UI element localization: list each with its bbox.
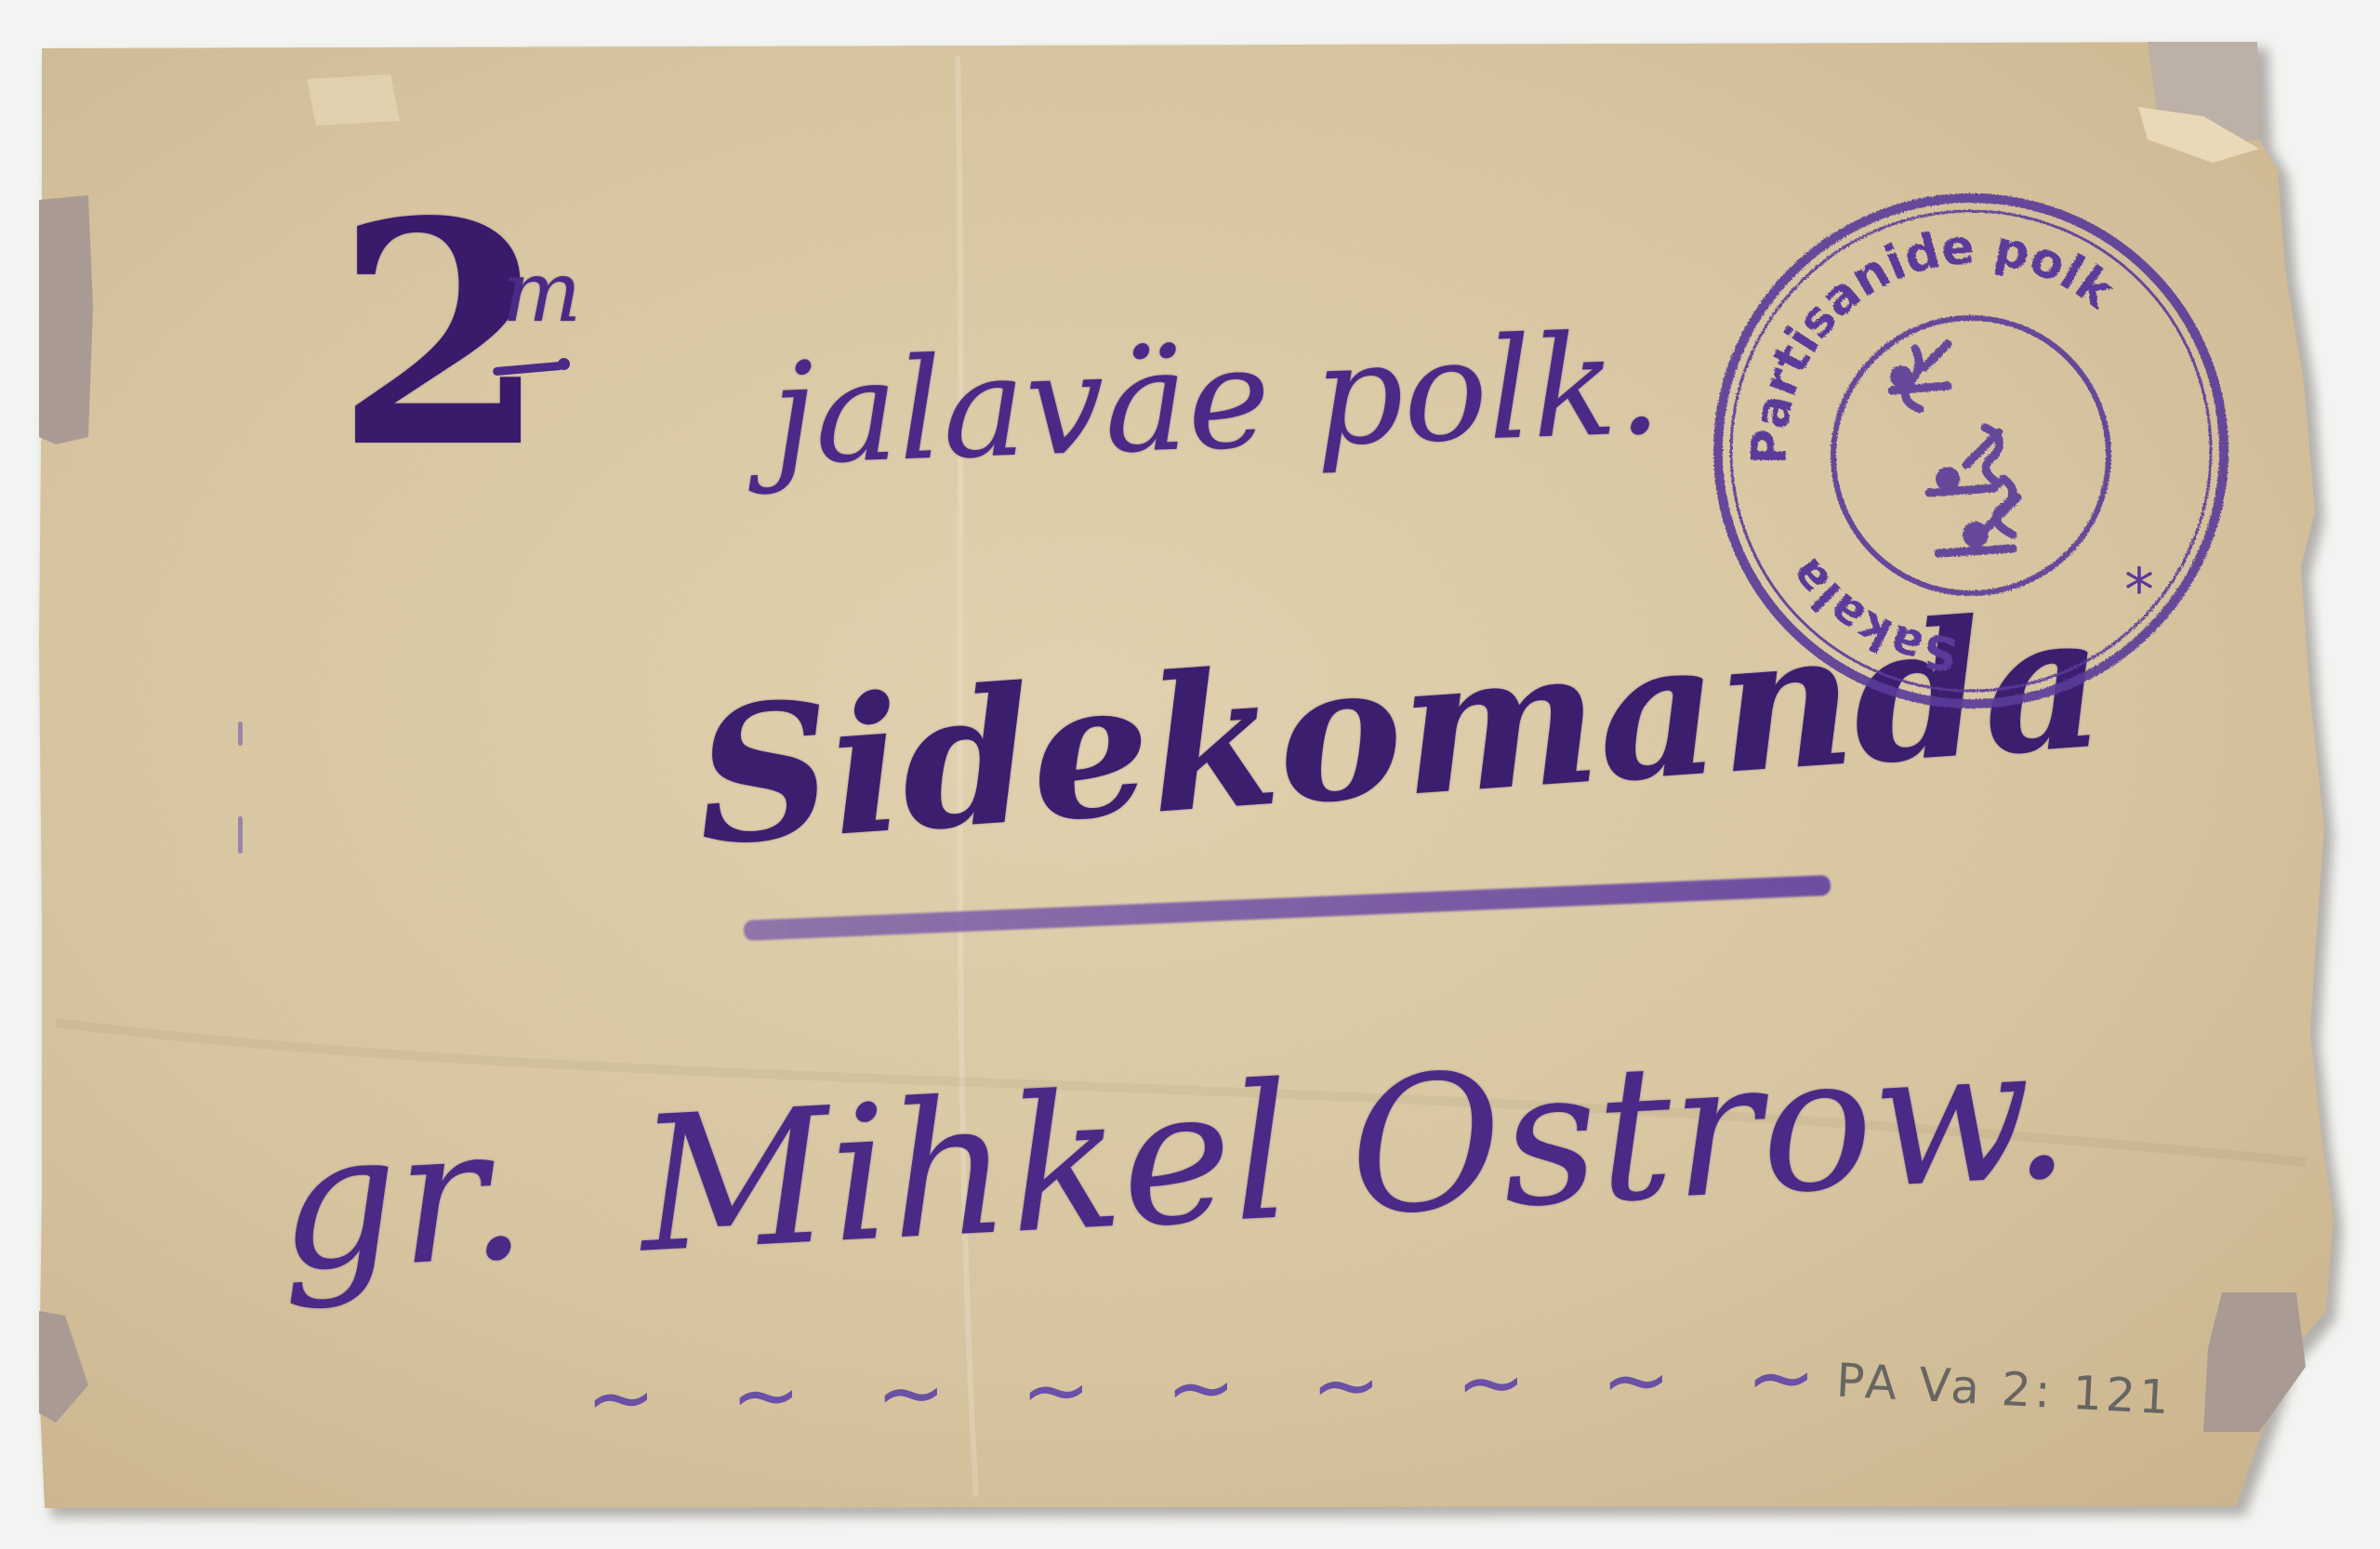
torn-patch-left [39,195,93,444]
stamp-asterisk: * [2124,557,2154,626]
three-lions-icon [1890,344,2017,553]
envelope-scan: 2 m jalaväe polk. Sidekomanda gr. Mihkel… [0,0,2380,1549]
ink-mark [238,816,243,854]
torn-patch-bottom-right [2203,1292,2306,1432]
stamp-text-bottom: Sakala [1778,549,1961,682]
addressee-prefix: gr. [273,1084,531,1314]
stamp-text-top: Partisanide polk [1742,219,2125,465]
unit-number-suffix: m [502,251,581,335]
unit-stamp: Partisanide polk Sakala * [1701,181,2241,721]
unit-line: jalaväe polk. [769,304,1663,496]
suffix-dot [558,358,570,370]
ink-mark [238,722,243,746]
